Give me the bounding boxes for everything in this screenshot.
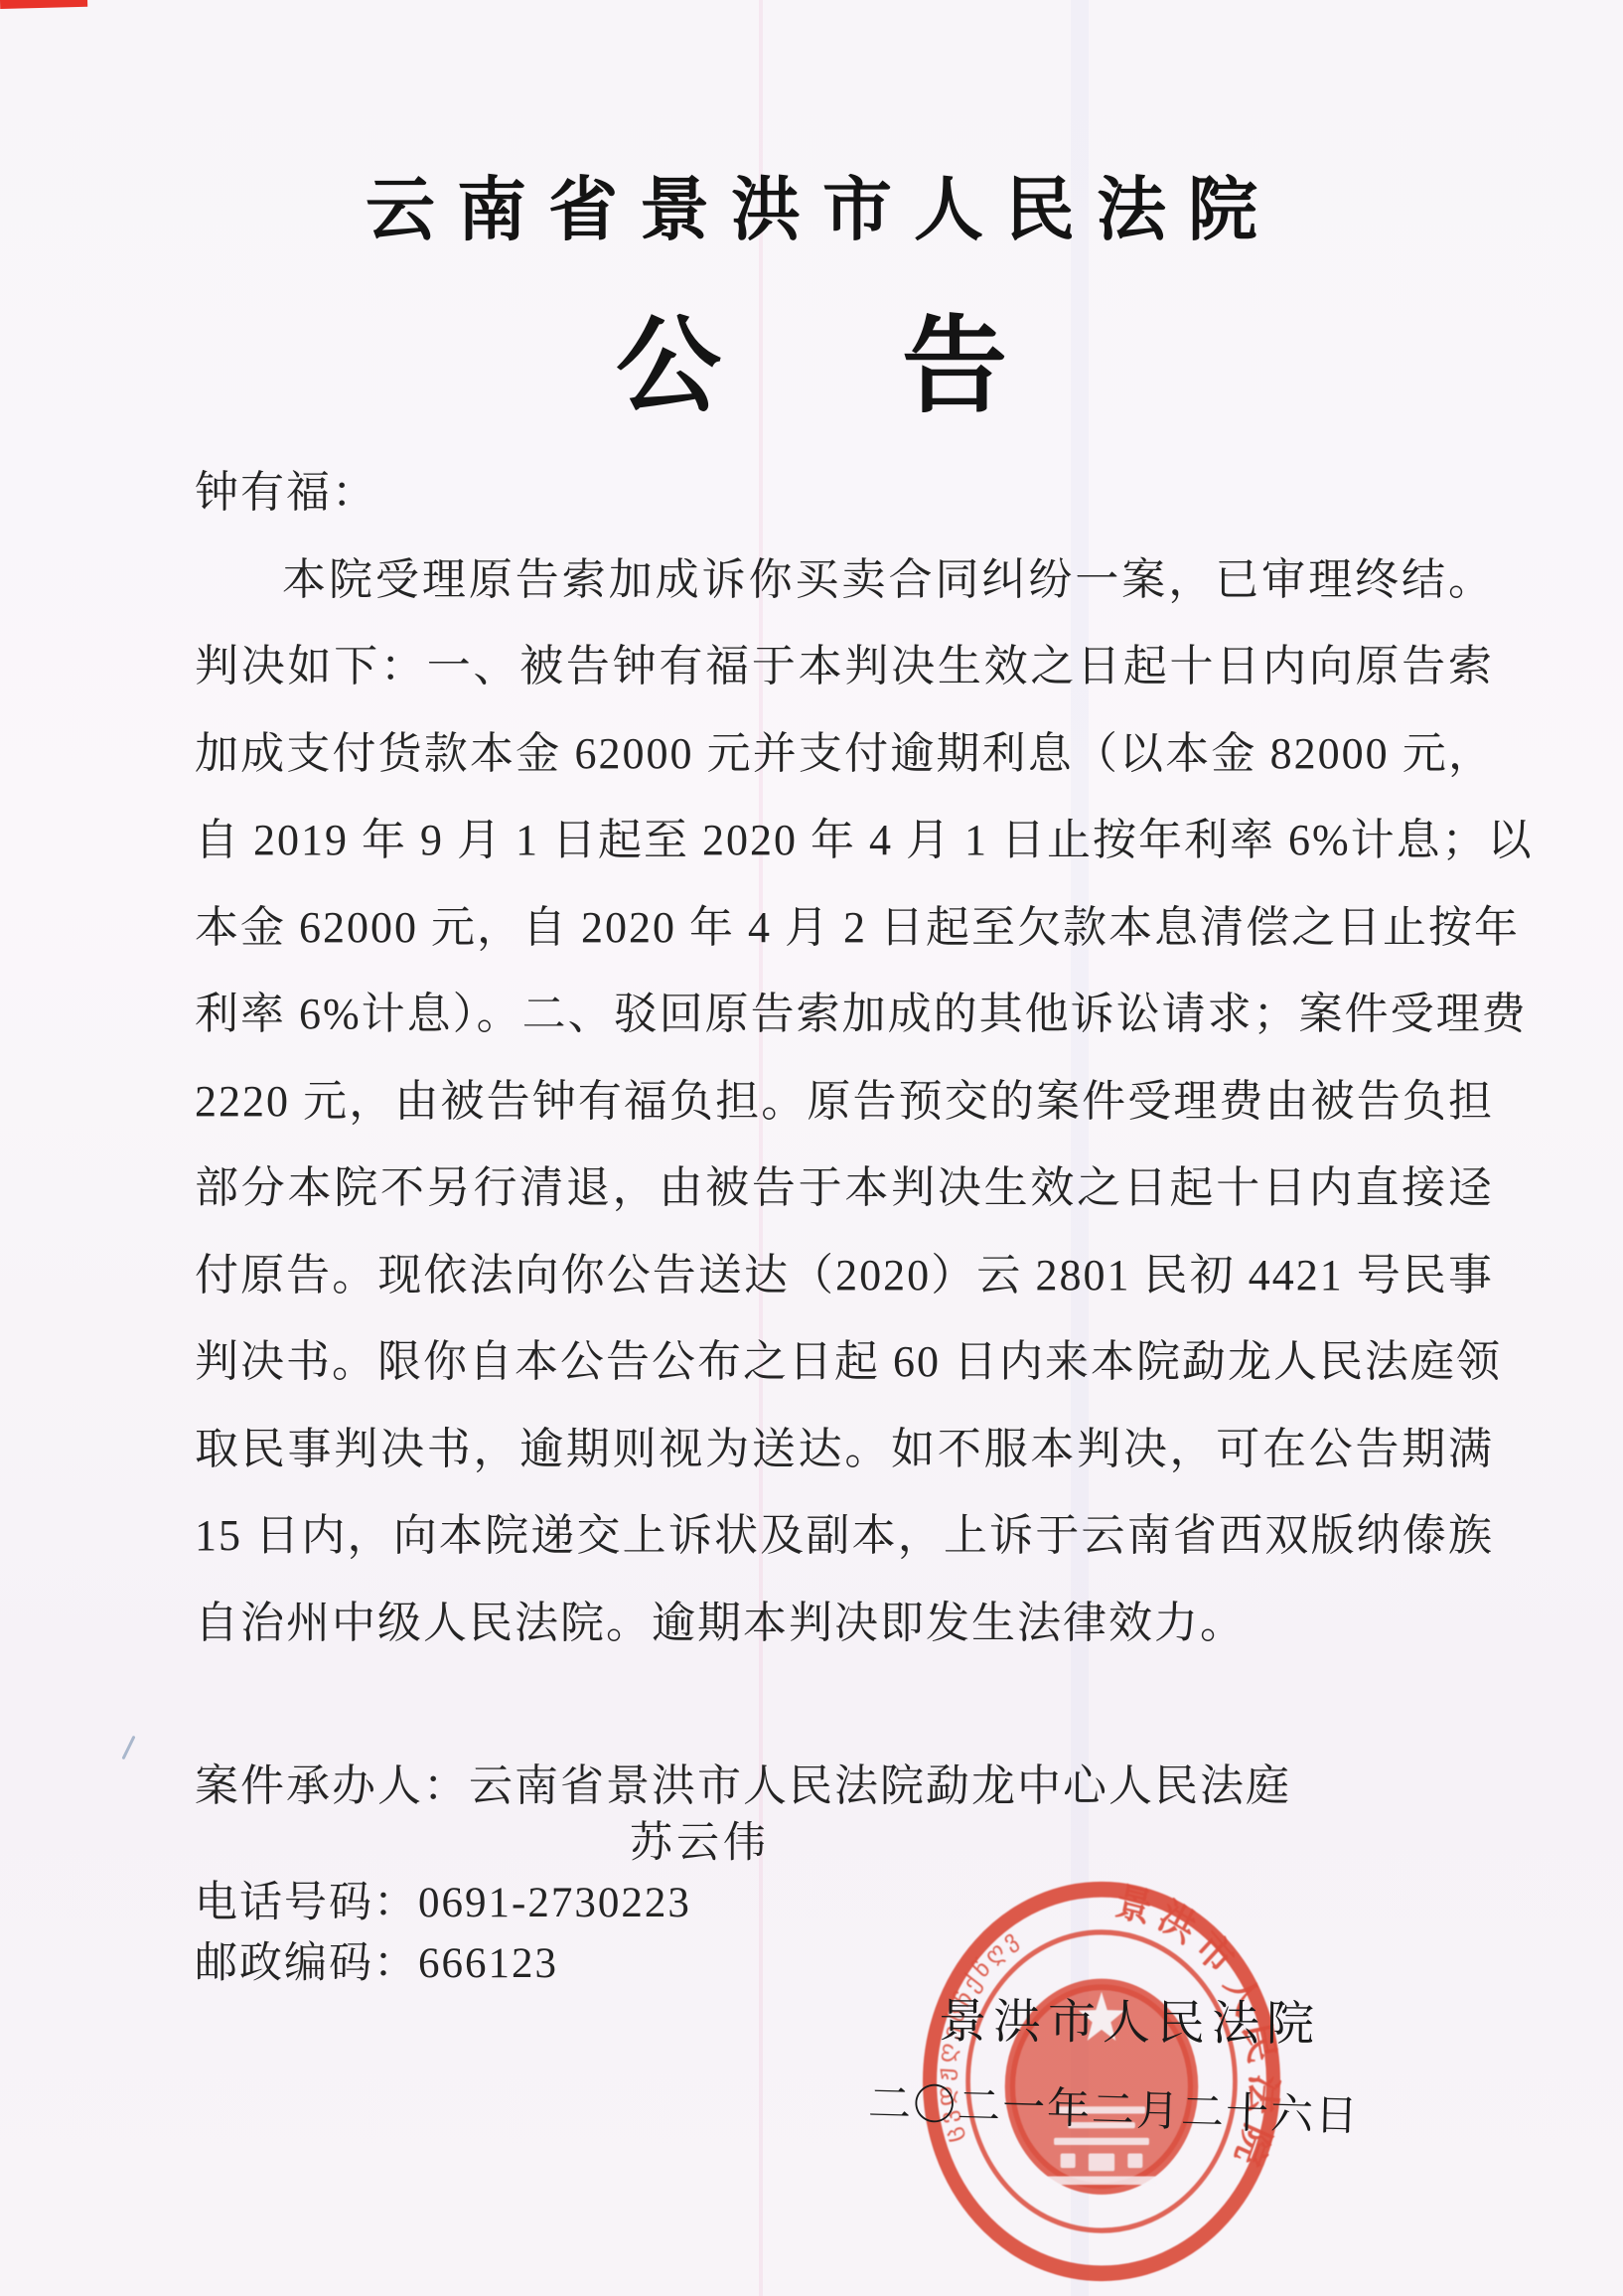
case-handler-value: 云南省景洪市人民法院勐龙中心人民法庭 — [469, 1761, 1291, 1810]
footer: 案件承办人：云南省景洪市人民法院勐龙中心人民法庭 苏云伟 电话号码：0691-2… — [195, 1757, 1506, 1986]
body-line: 部分本院不另行清退，由被告于本判决生效之日起十日内直接迳 — [195, 1145, 1494, 1232]
body-line: 本金 62000 元，自 2020 年 4 月 2 日起至欠款本息清偿之日止按年 — [195, 884, 1494, 972]
body-line: 取民事判决书，逾期则视为送达。如不服本判决，可在公告期满 — [195, 1406, 1494, 1493]
announcement-title: 公告 — [90, 306, 1623, 429]
postal-line: 邮政编码：666123 — [195, 1942, 1506, 1986]
body-line: 判决如下：一、被告钟有福于本判决生效之日起十日内向原告索 — [195, 623, 1494, 710]
body-line: 本院受理原告索加成诉你买卖合同纠纷一案，已审理终结。 — [195, 536, 1494, 624]
body-line: 加成支付货款本金 62000 元并支付逾期利息（以本金 82000 元， — [195, 710, 1494, 798]
case-handler-line: 案件承办人：云南省景洪市人民法院勐龙中心人民法庭 — [195, 1764, 1506, 1808]
body-line: 判决书。限你自本公告公布之日起 60 日内来本院勐龙人民法庭领 — [195, 1318, 1494, 1406]
phone-number: 0691-2730223 — [418, 1880, 691, 1926]
scan-artifact-red-sliver — [0, 0, 87, 9]
case-handler-name: 苏云伟 — [195, 1822, 1506, 1866]
body-line: 利率 6%计息）。二、驳回原告索加成的其他诉讼请求；案件受理费 — [195, 971, 1494, 1058]
court-name-heading: 云南省景洪市人民法院 — [11, 175, 1623, 248]
body-line: 自 2019 年 9 月 1 日起至 2020 年 4 月 1 日止按年利率 6… — [195, 797, 1494, 884]
scan-artifact-pen-mark — [121, 1736, 135, 1760]
phone-line: 电话号码：0691-2730223 — [195, 1882, 1506, 1925]
announcement-body: 钟有福： 本院受理原告索加成诉你买卖合同纠纷一案，已审理终结。 判决如下：一、被… — [195, 449, 1494, 1666]
body-line: 2220 元，由被告钟有福负担。原告预交的案件受理费由被告负担 — [195, 1058, 1494, 1146]
phone-label: 电话号码： — [195, 1880, 418, 1926]
signature-court-name: 景洪市人民法院 — [939, 1999, 1321, 2050]
official-seal: ცვდჟღესჩქწღვ 景洪市人民法院 — [915, 1873, 1288, 2290]
postal-code: 666123 — [418, 1940, 558, 1987]
body-line-last: 自治州中级人民法院。逾期本判决即发生法律效力。 — [195, 1580, 1494, 1667]
document-page: 云南省景洪市人民法院 公告 钟有福： 本院受理原告索加成诉你买卖合同纠纷一案，已… — [0, 0, 1623, 2296]
case-handler-label: 案件承办人： — [195, 1761, 469, 1810]
postal-label: 邮政编码： — [195, 1940, 418, 1987]
body-line: 付原告。现依法向你公告送达（2020）云 2801 民初 4421 号民事 — [195, 1232, 1494, 1319]
body-line-salutation: 钟有福： — [195, 449, 1494, 536]
body-line: 15 日内，向本院递交上诉状及副本，上诉于云南省西双版纳傣族 — [195, 1492, 1494, 1580]
